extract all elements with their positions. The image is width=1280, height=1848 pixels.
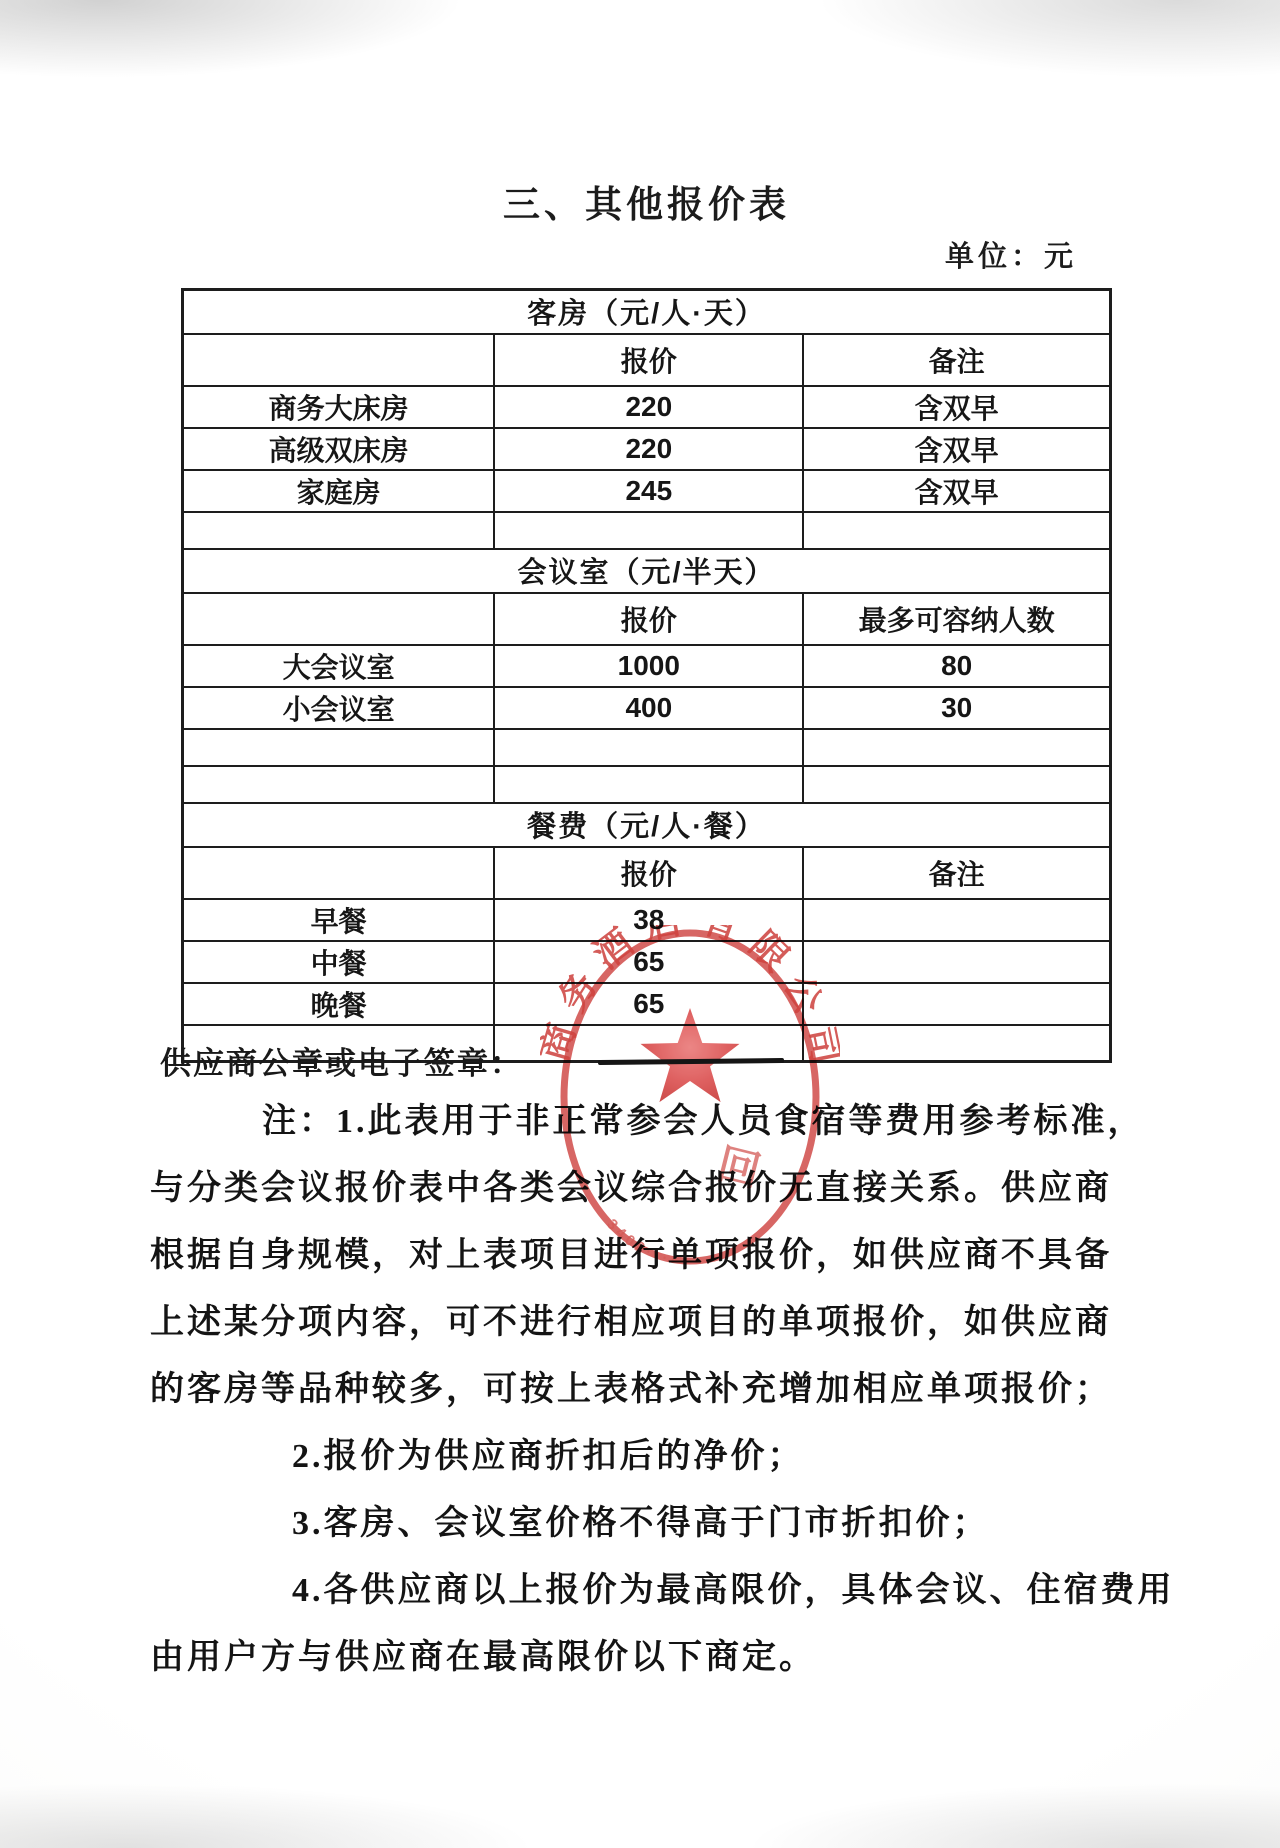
- page-title: 三、其他报价表: [181, 174, 1112, 228]
- price-header-cell: 报价: [494, 334, 803, 386]
- item-price: 220: [494, 428, 803, 470]
- price-header-cell: 报价: [494, 847, 803, 899]
- item-price: 1000: [494, 645, 803, 687]
- section-title: 餐费（元/人·餐）: [183, 803, 1111, 847]
- price-header-cell: 报价: [494, 593, 803, 645]
- item-note: 含双早: [803, 470, 1110, 512]
- item-price: 400: [494, 687, 803, 729]
- table-row: 高级双床房 220 含双早: [183, 428, 1111, 470]
- note-line: 2.报价为供应商折扣后的净价；: [150, 1423, 1160, 1490]
- section-title: 会议室（元/半天）: [183, 549, 1111, 593]
- blank-header-cell: [183, 847, 495, 899]
- section-header-meeting: 会议室（元/半天）: [183, 549, 1111, 593]
- table-row: 小会议室 400 30: [183, 687, 1111, 729]
- item-name: 早餐: [183, 899, 495, 941]
- header-row: 报价 最多可容纳人数: [183, 593, 1111, 645]
- empty-row: [183, 729, 1111, 766]
- item-note: [803, 941, 1110, 983]
- note-line: 由用户方与供应商在最高限价以下商定。: [150, 1624, 1160, 1691]
- note-line: 的客房等品种较多，可按上表格式补充增加相应单项报价；: [150, 1356, 1160, 1423]
- item-note: 含双早: [803, 428, 1110, 470]
- item-name: 小会议室: [183, 687, 495, 729]
- header-row: 报价 备注: [183, 334, 1111, 386]
- empty-row: [183, 766, 1111, 803]
- note-header-cell: 备注: [803, 334, 1110, 386]
- empty-row: [183, 512, 1111, 549]
- item-name: 家庭房: [183, 470, 495, 512]
- item-name: 中餐: [183, 941, 495, 983]
- section-header-meals: 餐费（元/人·餐）: [183, 803, 1111, 847]
- section-header-rooms: 客房（元/人·天）: [183, 290, 1111, 334]
- company-seal-stamp: 商务酒店有限公司 3402···· 回: [540, 925, 840, 1285]
- note-line: 3.客房、会议室价格不得高于门市折扣价；: [150, 1490, 1160, 1557]
- table-row: 商务大床房 220 含双早: [183, 386, 1111, 428]
- item-name: 晚餐: [183, 983, 495, 1025]
- blank-header-cell: [183, 593, 495, 645]
- item-note: [803, 983, 1110, 1025]
- note-header-cell: 备注: [803, 847, 1110, 899]
- document-page: 三、其他报价表 单位：元 客房（元/人·天） 报价 备注 商务大床房 220 含…: [0, 0, 1280, 1848]
- header-row: 报价 备注: [183, 847, 1111, 899]
- item-capacity: 80: [803, 645, 1110, 687]
- item-note: [803, 899, 1110, 941]
- item-price: 220: [494, 386, 803, 428]
- section-title: 客房（元/人·天）: [183, 290, 1111, 334]
- item-note: 含双早: [803, 386, 1110, 428]
- unit-label: 单位：元: [945, 234, 1077, 275]
- note-line: 上述某分项内容，可不进行相应项目的单项报价，如供应商: [150, 1289, 1160, 1356]
- seal-inner-mark: 回: [713, 1140, 765, 1196]
- capacity-header-cell: 最多可容纳人数: [803, 593, 1110, 645]
- star-icon: [641, 1008, 740, 1102]
- signature-label: 供应商公章或电子签章：: [160, 1038, 523, 1083]
- item-capacity: 30: [803, 687, 1110, 729]
- item-price: 245: [494, 470, 803, 512]
- blank-header-cell: [183, 334, 495, 386]
- table-row: 家庭房 245 含双早: [183, 470, 1111, 512]
- item-name: 高级双床房: [183, 428, 495, 470]
- seal-serial-number: 3402····: [603, 1216, 681, 1270]
- table-row: 大会议室 1000 80: [183, 645, 1111, 687]
- item-name: 大会议室: [183, 645, 495, 687]
- note-line: 4.各供应商以上报价为最高限价，具体会议、住宿费用: [150, 1557, 1160, 1624]
- item-name: 商务大床房: [183, 386, 495, 428]
